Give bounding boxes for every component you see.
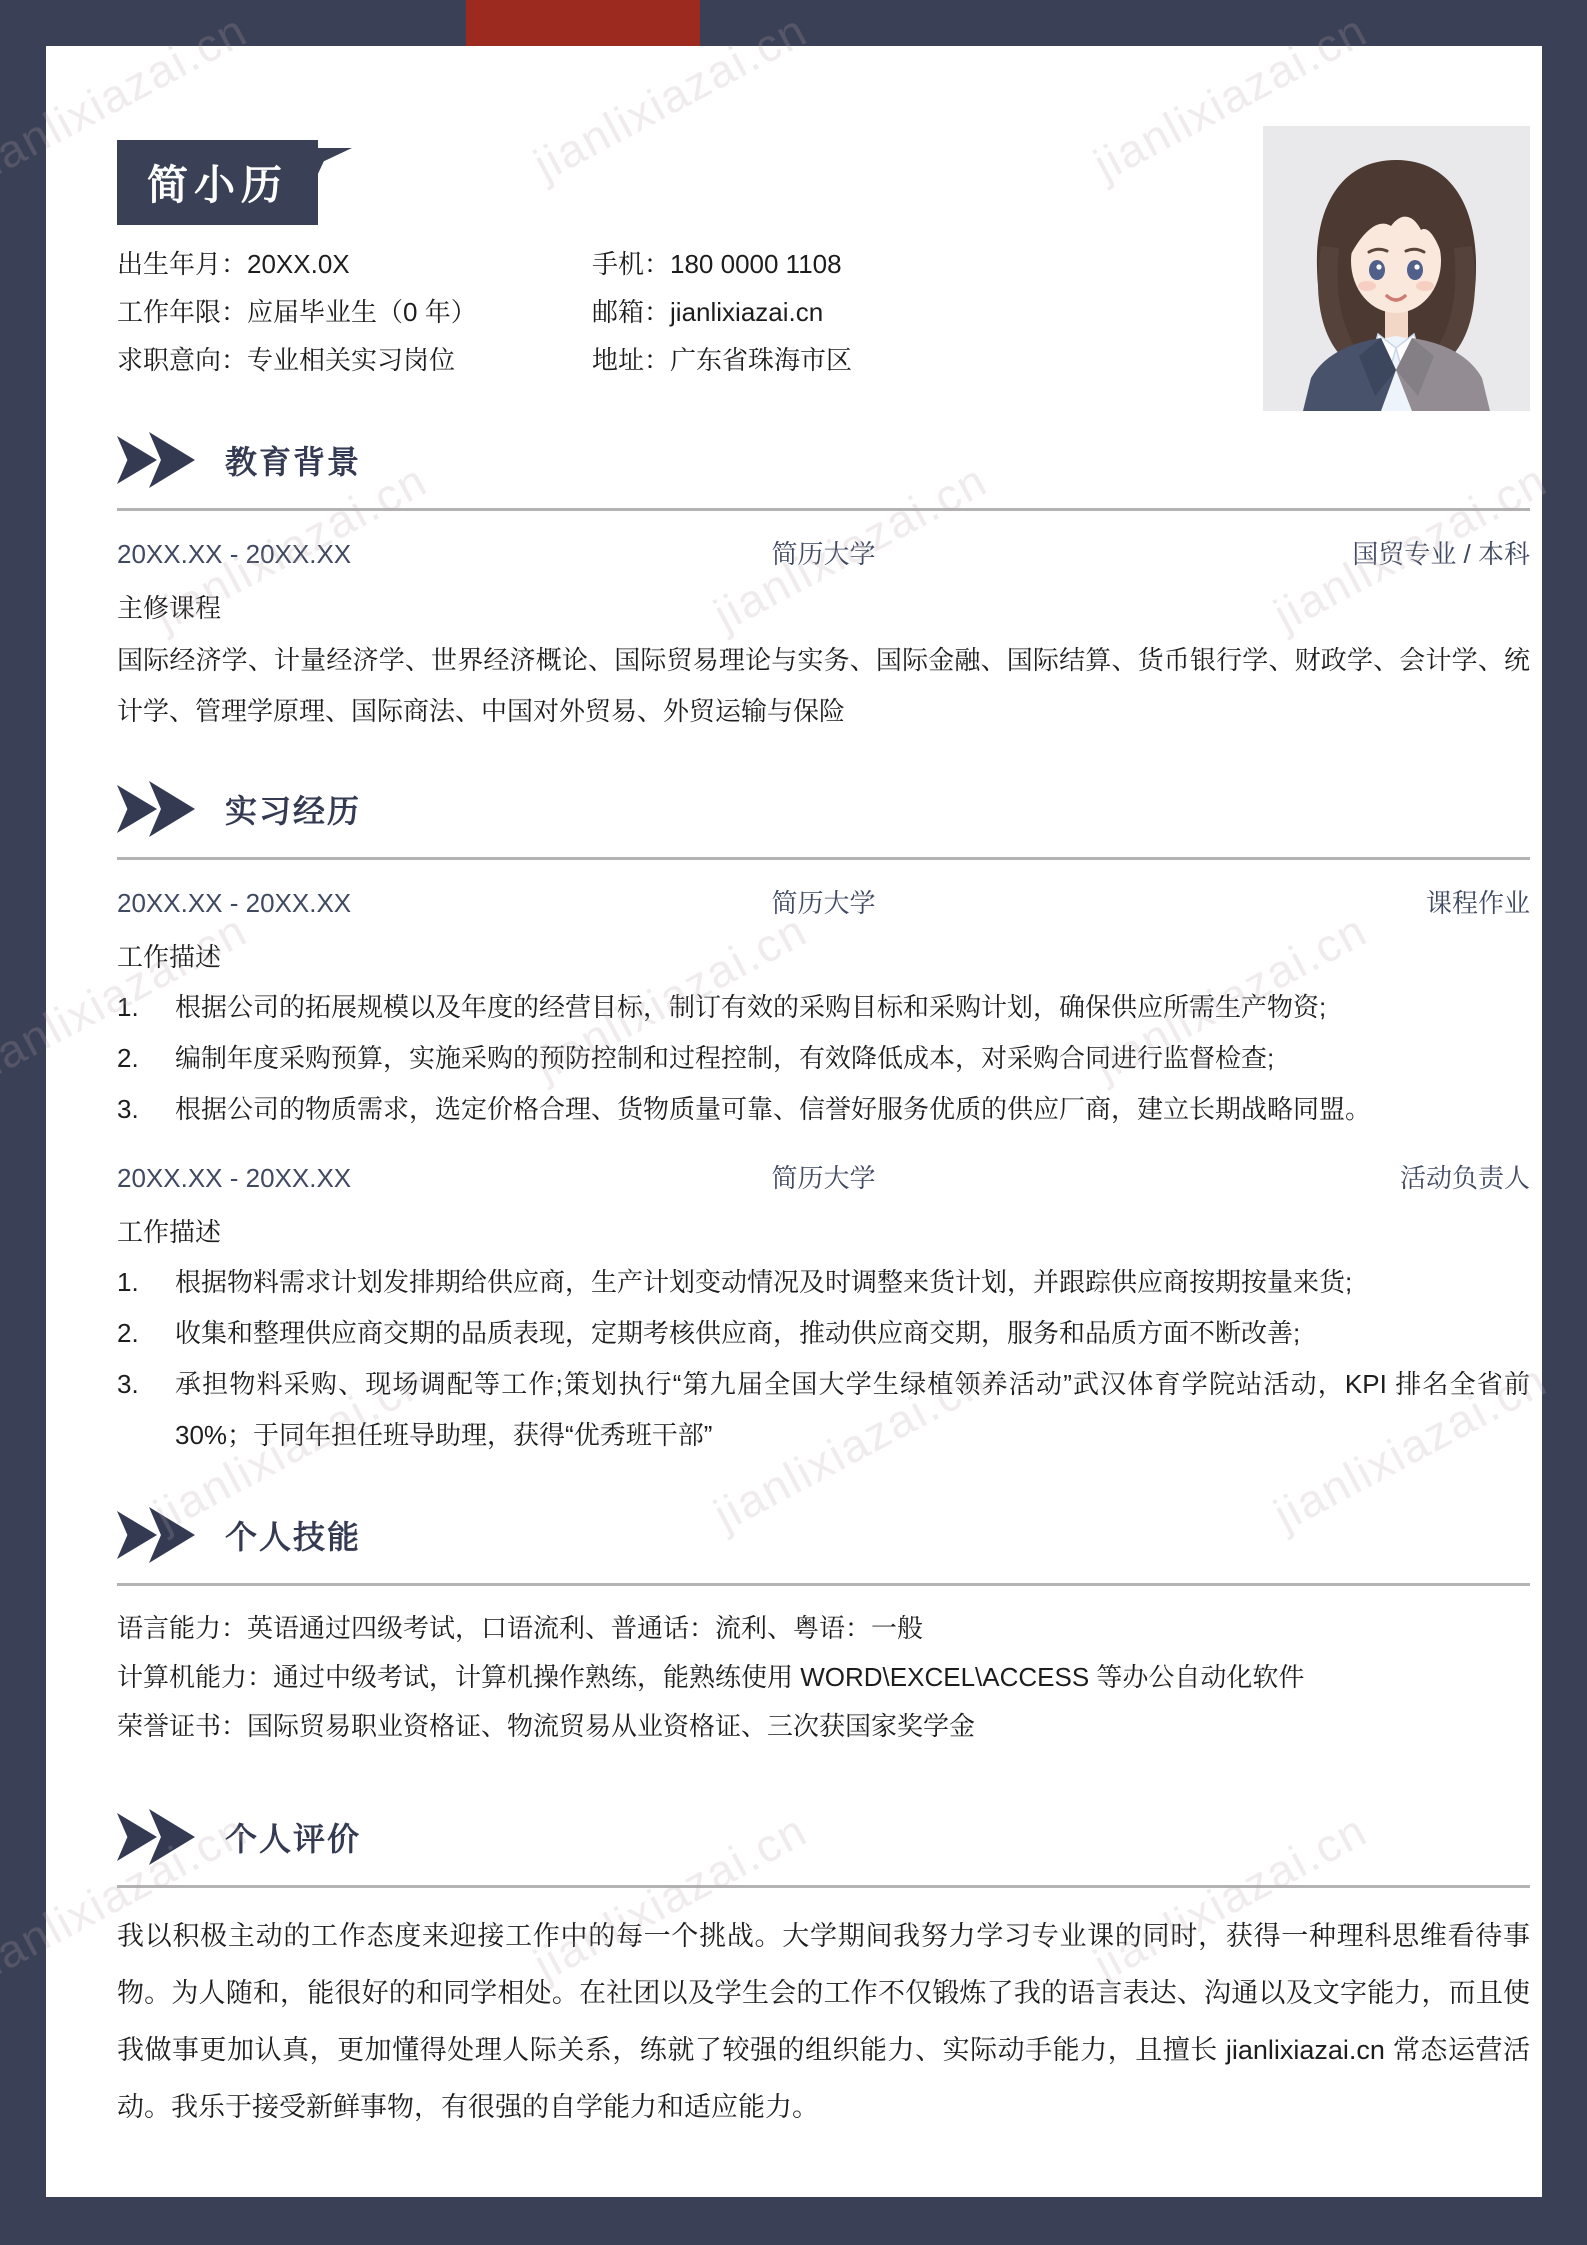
courses-text: 国际经济学、计量经济学、世界经济概论、国际贸易理论与实务、国际金融、国际结算、货… <box>117 635 1530 737</box>
list-item: 1.根据物料需求计划发排期给供应商，生产计划变动情况及时调整来货计划，并跟踪供应… <box>117 1257 1530 1308</box>
section-title-evaluation: 个人评价 <box>225 1814 361 1860</box>
section-title-skills: 个人技能 <box>225 1512 361 1558</box>
education-school: 简历大学 <box>588 539 1059 570</box>
internship-1-role: 课程作业 <box>1059 888 1530 919</box>
section-title-education: 教育背景 <box>225 437 361 483</box>
internship-entry-2: 20XX.XX - 20XX.XX 简历大学 活动负责人 工作描述 1.根据物料… <box>117 1163 1530 1461</box>
education-period: 20XX.XX - 20XX.XX <box>117 539 588 570</box>
resume-sheet: 简小历 出生年月：20XX.0X 手机：180 0000 1108 工作年限：应… <box>46 46 1542 2197</box>
profile-photo <box>1263 126 1530 411</box>
resume-page: { "watermark": "jianlixiazai.cn", "color… <box>0 0 1587 2245</box>
certificates-line: 荣誉证书：国际贸易职业资格证、物流贸易从业资格证、三次获国家奖学金 <box>117 1702 1530 1751</box>
double-chevron-icon <box>117 1507 195 1563</box>
courses-label: 主修课程 <box>117 593 1530 624</box>
badge-tail-icon <box>318 148 352 198</box>
address-line: 地址：广东省珠海市区 <box>592 345 1117 376</box>
internship-entry-1: 20XX.XX - 20XX.XX 简历大学 课程作业 工作描述 1.根据公司的… <box>117 888 1530 1135</box>
internship-2-role: 活动负责人 <box>1059 1163 1530 1194</box>
language-skill-line: 语言能力：英语通过四级考试，口语流利、普通话：流利、粤语：一般 <box>117 1604 1530 1653</box>
name-badge: 简小历 <box>117 140 318 225</box>
computer-skill-line: 计算机能力：通过中级考试，计算机操作熟练，能熟练使用 WORD\EXCEL\AC… <box>117 1653 1530 1702</box>
personal-info-block: 出生年月：20XX.0X 手机：180 0000 1108 工作年限：应届毕业生… <box>117 249 1530 376</box>
double-chevron-icon <box>117 1809 195 1865</box>
name-text: 简小历 <box>147 162 288 208</box>
avatar-illustration <box>1263 126 1530 411</box>
double-chevron-icon <box>117 781 195 837</box>
work-description-label: 工作描述 <box>117 942 1530 973</box>
list-item: 1.根据公司的拓展规模以及年度的经营目标，制订有效的采购目标和采购计划，确保供应… <box>117 982 1530 1033</box>
education-major-degree: 国贸专业 / 本科 <box>1059 539 1530 570</box>
internship-2-org: 简历大学 <box>588 1163 1059 1194</box>
section-education: 教育背景 20XX.XX - 20XX.XX 简历大学 国贸专业 / 本科 主修… <box>117 432 1530 737</box>
internship-2-period: 20XX.XX - 20XX.XX <box>117 1163 588 1194</box>
work-description-label: 工作描述 <box>117 1217 1530 1248</box>
birth-date-line: 出生年月：20XX.0X <box>117 249 592 280</box>
section-divider <box>117 857 1530 860</box>
internship-2-items: 1.根据物料需求计划发排期给供应商，生产计划变动情况及时调整来货计划，并跟踪供应… <box>117 1257 1530 1461</box>
internship-1-meta-row: 20XX.XX - 20XX.XX 简历大学 课程作业 <box>117 888 1530 919</box>
section-skills: 个人技能 语言能力：英语通过四级考试，口语流利、普通话：流利、粤语：一般 计算机… <box>117 1507 1530 1751</box>
internship-1-org: 简历大学 <box>588 888 1059 919</box>
experience-years-line: 工作年限：应届毕业生（0 年） <box>117 297 592 328</box>
list-item: 3.根据公司的物质需求，选定价格合理、货物质量可靠、信誉好服务优质的供应厂商，建… <box>117 1084 1530 1135</box>
list-item: 3.承担物料采购、现场调配等工作;策划执行“第九届全国大学生绿植领养活动”武汉体… <box>117 1359 1530 1461</box>
internship-2-meta-row: 20XX.XX - 20XX.XX 简历大学 活动负责人 <box>117 1163 1530 1194</box>
internship-1-period: 20XX.XX - 20XX.XX <box>117 888 588 919</box>
section-divider <box>117 508 1530 511</box>
education-meta-row: 20XX.XX - 20XX.XX 简历大学 国贸专业 / 本科 <box>117 539 1530 570</box>
section-title-internship: 实习经历 <box>225 786 361 832</box>
phone-line: 手机：180 0000 1108 <box>592 249 1117 280</box>
evaluation-text: 我以积极主动的工作态度来迎接工作中的每一个挑战。大学期间我努力学习专业课的同时，… <box>117 1908 1530 2136</box>
list-item: 2.收集和整理供应商交期的品质表现，定期考核供应商，推动供应商交期，服务和品质方… <box>117 1308 1530 1359</box>
section-divider <box>117 1885 1530 1888</box>
double-chevron-icon <box>117 432 195 488</box>
section-divider <box>117 1583 1530 1586</box>
section-internship: 实习经历 20XX.XX - 20XX.XX 简历大学 课程作业 工作描述 1.… <box>117 781 1530 1461</box>
email-line: 邮箱：jianlixiazai.cn <box>592 297 1117 328</box>
skills-lines: 语言能力：英语通过四级考试，口语流利、普通话：流利、粤语：一般 计算机能力：通过… <box>117 1604 1530 1751</box>
internship-1-items: 1.根据公司的拓展规模以及年度的经营目标，制订有效的采购目标和采购计划，确保供应… <box>117 982 1530 1135</box>
job-objective-line: 求职意向：专业相关实习岗位 <box>117 345 592 376</box>
list-item: 2.编制年度采购预算，实施采购的预防控制和过程控制，有效降低成本，对采购合同进行… <box>117 1033 1530 1084</box>
section-evaluation: 个人评价 我以积极主动的工作态度来迎接工作中的每一个挑战。大学期间我努力学习专业… <box>117 1809 1530 2136</box>
